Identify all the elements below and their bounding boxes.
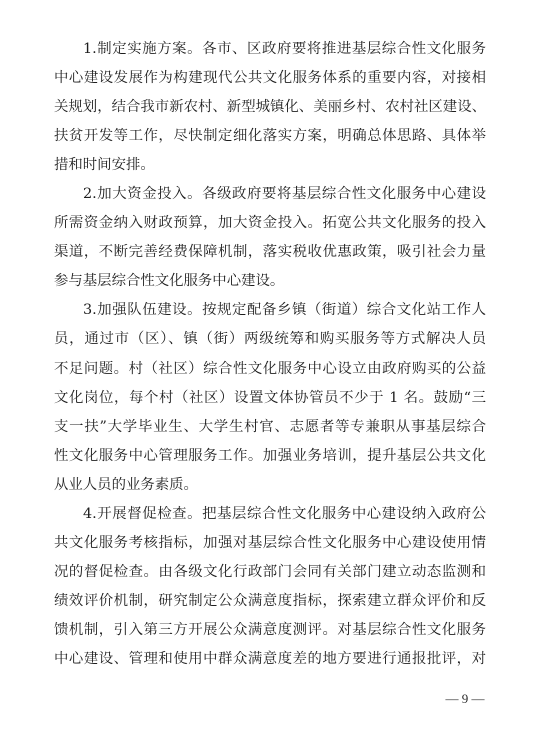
text-line: 所需资金纳入财政预算，加大资金投入。拓宽公共文化服务的投入: [54, 209, 486, 238]
text-line: 共文化服务考核指标，加强对基层综合性文化服务中心建设使用情: [54, 529, 486, 558]
text-line: 不足问题。村（社区）综合性文化服务中心设立由政府购买的公益: [54, 355, 486, 384]
text-line: 参与基层综合性文化服务中心建设。: [54, 267, 486, 296]
document-page: 1.制定实施方案。各市、区政府要将推进基层综合性文化服务 中心建设发展作为构建现…: [0, 0, 543, 740]
paragraph-1: 1.制定实施方案。各市、区政府要将推进基层综合性文化服务 中心建设发展作为构建现…: [54, 35, 486, 180]
text-line: 从业人员的业务素质。: [54, 471, 486, 500]
text-line: 措和时间安排。: [54, 151, 486, 180]
text-line: 绩效评价机制，研究制定公众满意度指标，探索建立群众评价和反: [54, 587, 486, 616]
text-line: 中心建设、管理和使用中群众满意度差的地方要进行通报批评，对: [54, 645, 486, 674]
text-line: 员，通过市（区）、镇（街）两级统筹和购买服务等方式解决人员: [54, 325, 486, 354]
paragraph-3: 3.加强队伍建设。按规定配备乡镇（街道）综合文化站工作人 员，通过市（区）、镇（…: [54, 296, 486, 499]
paragraph-4: 4.开展督促检查。把基层综合性文化服务中心建设纳入政府公 共文化服务考核指标，加…: [54, 500, 486, 674]
text-line: 关规划，结合我市新农村、新型城镇化、美丽乡村、农村社区建设、: [54, 93, 486, 122]
text-line: 扶贫开发等工作，尽快制定细化落实方案，明确总体思路、具体举: [54, 122, 486, 151]
page-number: — 9 —: [442, 689, 488, 709]
document-body: 1.制定实施方案。各市、区政府要将推进基层综合性文化服务 中心建设发展作为构建现…: [54, 35, 486, 674]
text-line: 3.加强队伍建设。按规定配备乡镇（街道）综合文化站工作人: [54, 296, 486, 325]
text-line: 文化岗位，每个村（社区）设置文体协管员不少于 1 名。鼓励“三: [54, 384, 486, 413]
text-line: 性文化服务中心管理服务工作。加强业务培训，提升基层公共文化: [54, 442, 486, 471]
text-line: 支一扶”大学毕业生、大学生村官、志愿者等专兼职从事基层综合: [54, 413, 486, 442]
text-line: 1.制定实施方案。各市、区政府要将推进基层综合性文化服务: [54, 35, 486, 64]
text-line: 4.开展督促检查。把基层综合性文化服务中心建设纳入政府公: [54, 500, 486, 529]
text-line: 中心建设发展作为构建现代公共文化服务体系的重要内容，对接相: [54, 64, 486, 93]
text-line: 2.加大资金投入。各级政府要将基层综合性文化服务中心建设: [54, 180, 486, 209]
text-line: 况的督促检查。由各级文化行政部门会同有关部门建立动态监测和: [54, 558, 486, 587]
paragraph-2: 2.加大资金投入。各级政府要将基层综合性文化服务中心建设 所需资金纳入财政预算，…: [54, 180, 486, 296]
text-line: 馈机制，引入第三方开展公众满意度测评。对基层综合性文化服务: [54, 616, 486, 645]
text-line: 渠道，不断完善经费保障机制，落实税收优惠政策，吸引社会力量: [54, 238, 486, 267]
